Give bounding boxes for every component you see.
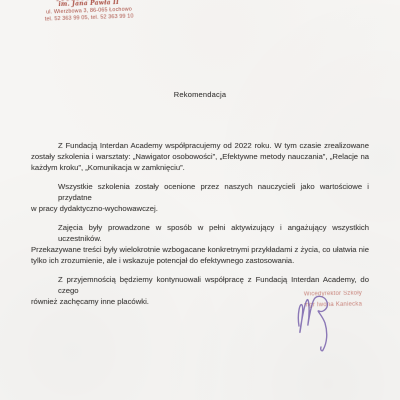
handwritten-signature-ink: [291, 290, 349, 356]
paragraph-line: Z Fundacją Interdan Academy współpracuje…: [31, 140, 369, 151]
paragraph-line: tylko ich zrozumienie, ale i wskazuje po…: [31, 255, 369, 266]
paragraph-line: każdym kroku”, „Komunikacja w zamknięciu…: [31, 162, 369, 173]
scanned-letter-page: { "header_stamp": { "school_line": "im. …: [0, 0, 400, 400]
header-stamp: im. Jana Pawła II ul. Wierzbowa 3, 86-06…: [30, 0, 149, 25]
paragraph-line: Zajęcia były prowadzone w sposób w pełni…: [31, 222, 369, 244]
paragraph: Z Fundacją Interdan Academy współpracuje…: [31, 140, 369, 173]
paragraph-line: zostały szkolenia i warsztaty: „Nawigato…: [31, 151, 369, 162]
paragraph-line: Przekazywane treści były wielokrotnie wz…: [31, 244, 369, 255]
letter-title: Rekomendacja: [0, 90, 400, 99]
letter-body: Z Fundacją Interdan Academy współpracuje…: [31, 140, 369, 315]
paragraph: Wszystkie szkolenia zostały ocenione prz…: [31, 181, 369, 214]
paragraph-line: w pracy dydaktyczno-wychowawczej.: [31, 203, 369, 214]
paragraph-line: Wszystkie szkolenia zostały ocenione prz…: [31, 181, 369, 203]
paragraph: Zajęcia były prowadzone w sposób w pełni…: [31, 222, 369, 266]
